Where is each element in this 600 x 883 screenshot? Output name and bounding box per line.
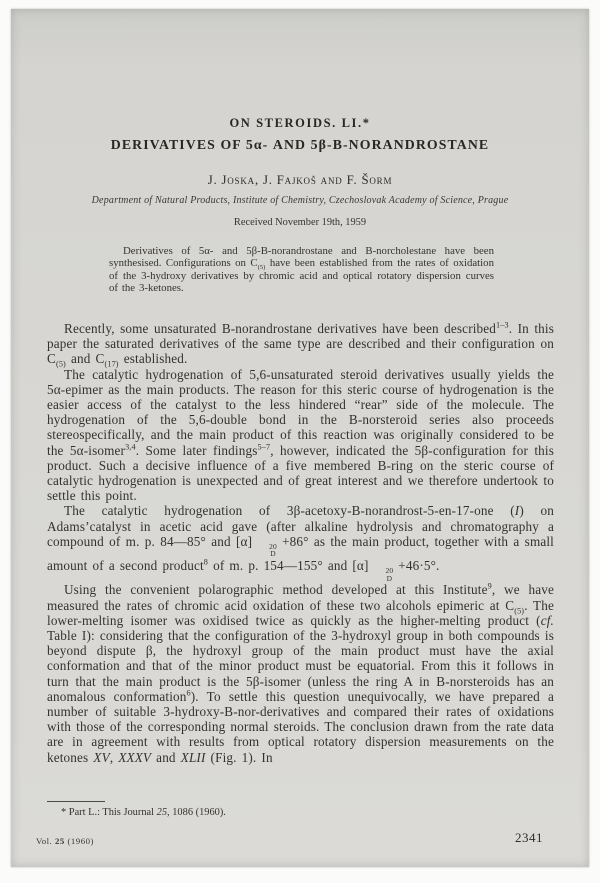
body-paragraph: The catalytic hydrogenation of 5,6-unsat… [47,367,554,504]
received-date-line: Received November 19th, 1959 [11,217,589,228]
footnote-rule [47,801,105,802]
affiliation-line: Department of Natural Products, Institut… [11,195,589,206]
article-title: DERIVATIVES OF 5α- AND 5β-B-NORANDROSTAN… [11,137,589,153]
page-number: 2341 [515,830,543,846]
abstract-block: Derivatives of 5α- and 5β-B-norandrostan… [109,245,494,295]
body-paragraph: Recently, some unsaturated B-norandrosta… [47,321,554,367]
article-body: Recently, some unsaturated B-norandrosta… [47,321,554,765]
journal-page: ON STEROIDS. LI.* DERIVATIVES OF 5α- AND… [11,9,589,867]
footnote-text: * Part L.: This Journal 25, 1086 (1960). [47,807,554,818]
body-paragraph: The catalytic hydrogenation of 3β-acetox… [47,503,554,582]
body-paragraph: Using the convenient polarographic metho… [47,582,554,764]
volume-footer: Vol. 25 (1960) [36,836,94,846]
series-title: ON STEROIDS. LI.* [11,116,589,131]
authors-line: J. Joska, J. Fajkoš and F. Šorm [11,173,589,188]
abstract-text: Derivatives of 5α- and 5β-B-norandrostan… [109,245,494,295]
scan-background: ON STEROIDS. LI.* DERIVATIVES OF 5α- AND… [0,0,600,883]
